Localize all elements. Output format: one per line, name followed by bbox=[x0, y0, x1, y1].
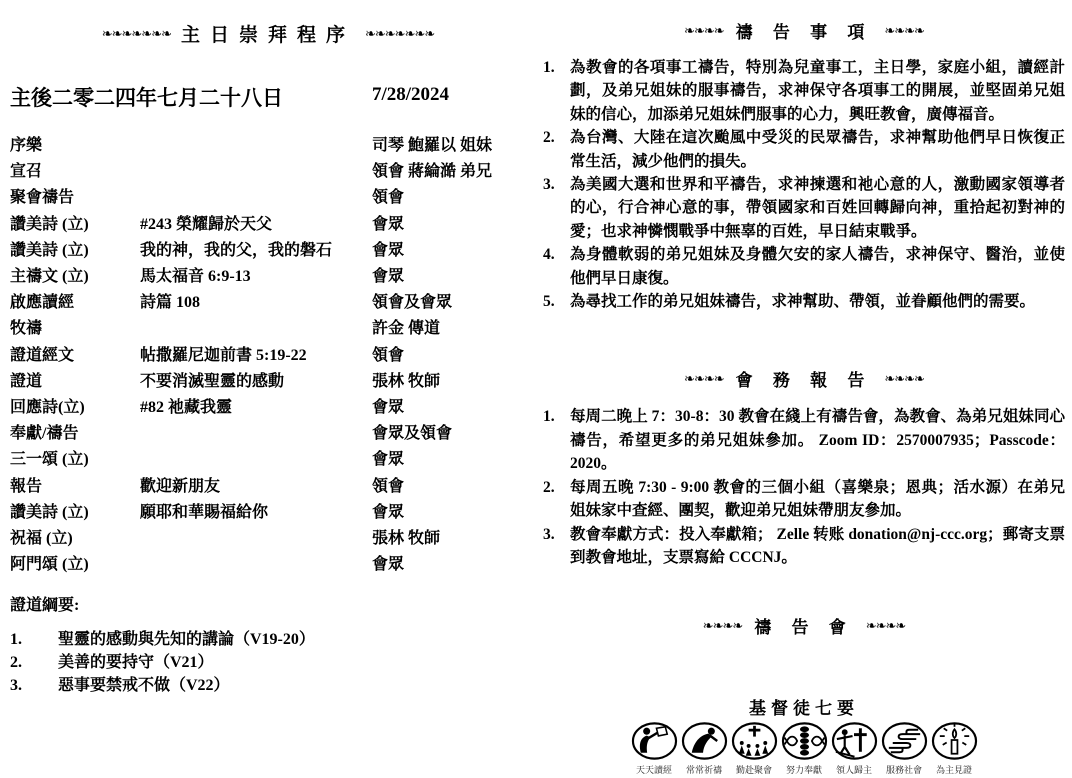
report-item-number: 1. bbox=[543, 405, 570, 475]
program-item-label: 讚美詩 (立) bbox=[10, 212, 140, 238]
report-item-number: 2. bbox=[543, 476, 570, 523]
report-item: 1. 每周二晚上 7：30-8：30 教會在綫上有禱告會，為教會、為弟兄姐妹同心… bbox=[543, 405, 1065, 475]
prayer-item: 4. 為身體軟弱的弟兄姐妹及身體欠安的家人禱告，求神保守、醫治，並使他們早日康復… bbox=[543, 243, 1065, 290]
report-item-number: 3. bbox=[543, 523, 570, 570]
program-item-label: 主禱文 (立) bbox=[10, 264, 140, 290]
worship-order-title: 主日崇拜程序 bbox=[181, 20, 355, 47]
report-item-text: 每周二晚上 7：30-8：30 教會在綫上有禱告會，為教會、為弟兄姐妹同心禱告，… bbox=[570, 405, 1065, 475]
essential-item: 常常祈禱 bbox=[681, 721, 728, 776]
program-item-label: 宣召 bbox=[10, 159, 140, 185]
program-item-detail bbox=[140, 133, 372, 159]
program-item-detail bbox=[140, 526, 372, 552]
program-item-role: 領會 bbox=[372, 474, 530, 500]
program-item-detail bbox=[140, 447, 372, 473]
cross-congregation-icon bbox=[731, 721, 778, 761]
ornament-left-icon: ❧❧❧❧ bbox=[684, 24, 724, 37]
prayer-item: 1. 為教會的各項事工禱告，特別為兒童事工，主日學，家庭小組，讀經計劃，及弟兄姐… bbox=[543, 56, 1065, 126]
program-item-label: 回應詩(立) bbox=[10, 395, 140, 421]
candle-witness-icon bbox=[931, 721, 978, 761]
prayer-items-list: 1. 為教會的各項事工禱告，特別為兒童事工，主日學，家庭小組，讀經計劃，及弟兄姐… bbox=[543, 56, 1065, 313]
essential-item: 天天讀經 bbox=[631, 721, 678, 776]
program-item-detail: 帖撒羅尼迦前書 5:19-22 bbox=[140, 343, 372, 369]
program-item-detail bbox=[140, 421, 372, 447]
program-item-role: 會眾 bbox=[372, 212, 530, 238]
seven-essentials-title: 基督徒七要 bbox=[543, 694, 1065, 719]
essential-item: 努力奉獻 bbox=[781, 721, 828, 776]
serving-hands-icon bbox=[881, 721, 928, 761]
report-item: 2. 每周五晚 7:30 - 9:00 教會的三個小組（喜樂泉；恩典；活水源）在… bbox=[543, 476, 1065, 523]
essential-label: 為主見證 bbox=[936, 763, 972, 776]
program-item-role: 會眾 bbox=[372, 552, 530, 578]
praying-person-icon bbox=[681, 721, 728, 761]
program-item-detail bbox=[140, 552, 372, 578]
ornament-left-icon: ❧❧❧❧ bbox=[703, 619, 743, 632]
essential-label: 努力奉獻 bbox=[786, 763, 822, 776]
essential-item: 為主見證 bbox=[931, 721, 978, 776]
fish-coins-offering-icon bbox=[781, 721, 828, 761]
program-item-detail: 歡迎新朋友 bbox=[140, 474, 372, 500]
program-item-role: 會眾 bbox=[372, 395, 530, 421]
report-item: 3. 教會奉獻方式：投入奉獻箱； Zelle 转账 donation@nj-cc… bbox=[543, 523, 1065, 570]
essential-item: 服務社會 bbox=[881, 721, 928, 776]
program-item-role: 領會 bbox=[372, 343, 530, 369]
ornament-left-icon: ❧❧❧❧❧❧❧ bbox=[102, 27, 171, 40]
outline-item: 3. 惡事要禁戒不做（V22） bbox=[10, 674, 490, 697]
program-item-detail bbox=[140, 316, 372, 342]
program-item-detail bbox=[140, 185, 372, 211]
church-report-list: 1. 每周二晚上 7：30-8：30 教會在綫上有禱告會，為教會、為弟兄姐妹同心… bbox=[543, 405, 1065, 569]
program-item-role: 會眾 bbox=[372, 447, 530, 473]
sermon-outline-list: 1. 聖靈的感動與先知的講論（V19-20） 2. 美善的要持守（V21） 3.… bbox=[10, 628, 490, 698]
prayer-meeting-header: ❧❧❧❧ 禱 告 會 ❧❧❧❧ bbox=[543, 613, 1065, 638]
essential-item: 領人歸主 bbox=[831, 721, 878, 776]
prayer-item-number: 4. bbox=[543, 243, 570, 290]
program-item-label: 牧禱 bbox=[10, 316, 140, 342]
prayer-items-header: ❧❧❧❧ 禱 告 事 項 ❧❧❧❧ bbox=[543, 18, 1065, 43]
program-item-detail: 願耶和華賜福給你 bbox=[140, 500, 372, 526]
program-item-role: 張林 牧師 bbox=[372, 369, 530, 395]
program-item-label: 讚美詩 (立) bbox=[10, 500, 140, 526]
program-item-label: 讚美詩 (立) bbox=[10, 238, 140, 264]
worship-order-header: ❧❧❧❧❧❧❧ 主日崇拜程序 ❧❧❧❧❧❧❧ bbox=[0, 20, 536, 47]
essential-item: 勤赴聚會 bbox=[731, 721, 778, 776]
church-report-title: 會 務 報 告 bbox=[736, 366, 873, 391]
program-item-label: 三一頌 (立) bbox=[10, 447, 140, 473]
report-item-text: 每周五晚 7:30 - 9:00 教會的三個小組（喜樂泉；恩典；活水源）在弟兄姐… bbox=[570, 476, 1065, 523]
program-item-label: 聚會禱告 bbox=[10, 185, 140, 211]
ornament-left-icon: ❧❧❧❧ bbox=[684, 372, 724, 385]
outline-item-number: 2. bbox=[10, 651, 58, 674]
program-item-label: 祝福 (立) bbox=[10, 526, 140, 552]
prayer-item-number: 2. bbox=[543, 126, 570, 173]
outline-item: 1. 聖靈的感動與先知的講論（V19-20） bbox=[10, 628, 490, 651]
essential-label: 天天讀經 bbox=[636, 763, 672, 776]
prayer-item: 2. 為台灣、大陸在這次颱風中受災的民眾禱告，求神幫助他們早日恢復正常生活，減少… bbox=[543, 126, 1065, 173]
program-item-detail: 詩篇 108 bbox=[140, 290, 372, 316]
program-item-role: 會眾及領會 bbox=[372, 421, 530, 447]
ornament-right-icon: ❧❧❧❧❧❧❧ bbox=[365, 27, 434, 40]
program-item-label: 證道 bbox=[10, 369, 140, 395]
essential-label: 勤赴聚會 bbox=[736, 763, 772, 776]
essential-label: 服務社會 bbox=[886, 763, 922, 776]
seven-essentials-block: 基督徒七要 天天讀經 bbox=[543, 694, 1065, 776]
prayer-item-number: 5. bbox=[543, 290, 570, 313]
reading-bible-icon bbox=[631, 721, 678, 761]
essential-label: 領人歸主 bbox=[836, 763, 872, 776]
program-item-role: 領會 蔣綸澔 弟兄 bbox=[372, 159, 530, 185]
program-item-label: 證道經文 bbox=[10, 343, 140, 369]
program-item-role: 會眾 bbox=[372, 500, 530, 526]
program-item-detail bbox=[140, 159, 372, 185]
outline-item-number: 3. bbox=[10, 674, 58, 697]
prayer-item-text: 為尋找工作的弟兄姐妹禱告，求神幫助、帶領，並眷顧他們的需要。 bbox=[570, 290, 1065, 313]
outline-item-text: 美善的要持守（V21） bbox=[58, 651, 490, 674]
prayer-item-number: 1. bbox=[543, 56, 570, 126]
outline-item-text: 惡事要禁戒不做（V22） bbox=[58, 674, 490, 697]
prayer-items-title: 禱 告 事 項 bbox=[736, 18, 873, 43]
prayer-meeting-title: 禱 告 會 bbox=[754, 613, 854, 638]
ornament-right-icon: ❧❧❧❧ bbox=[866, 619, 906, 632]
prayer-item-text: 為身體軟弱的弟兄姐妹及身體欠安的家人禱告，求神保守、醫治，並使他們早日康復。 bbox=[570, 243, 1065, 290]
outline-item-text: 聖靈的感動與先知的講論（V19-20） bbox=[58, 628, 490, 651]
date-chinese: 主後二零二四年七月二十八日 bbox=[10, 86, 283, 110]
program-item-detail: #243 榮耀歸於天父 bbox=[140, 212, 372, 238]
outline-item: 2. 美善的要持守（V21） bbox=[10, 651, 490, 674]
program-item-label: 奉獻/禱告 bbox=[10, 421, 140, 447]
program-item-detail: 我的神，我的父，我的磐石 bbox=[140, 238, 372, 264]
program-item-label: 阿門頌 (立) bbox=[10, 552, 140, 578]
date-numeric: 7/28/2024 bbox=[372, 84, 449, 106]
prayer-item-text: 為台灣、大陸在這次颱風中受災的民眾禱告，求神幫助他們早日恢復正常生活，減少他們的… bbox=[570, 126, 1065, 173]
program-item-label: 報告 bbox=[10, 474, 140, 500]
prayer-item-text: 為美國大選和世界和平禱告，求神揀選和祂心意的人，激動國家領導者的心，行合神心意的… bbox=[570, 173, 1065, 243]
essential-label: 常常祈禱 bbox=[686, 763, 722, 776]
program-item-detail: 馬太福音 6:9-13 bbox=[140, 264, 372, 290]
program-item-role: 張林 牧師 bbox=[372, 526, 530, 552]
program-item-label: 序樂 bbox=[10, 133, 140, 159]
program-item-detail: 不要消滅聖靈的感動 bbox=[140, 369, 372, 395]
prayer-item: 5. 為尋找工作的弟兄姐妹禱告，求神幫助、帶領，並眷顧他們的需要。 bbox=[543, 290, 1065, 313]
worship-order-section: ❧❧❧❧❧❧❧ 主日崇拜程序 ❧❧❧❧❧❧❧ 主後二零二四年七月二十八日 7/2… bbox=[0, 0, 536, 778]
program-item-detail: #82 祂藏我靈 bbox=[140, 395, 372, 421]
lead-to-cross-icon bbox=[831, 721, 878, 761]
outline-item-number: 1. bbox=[10, 628, 58, 651]
program-item-role: 領會 bbox=[372, 185, 530, 211]
ornament-right-icon: ❧❧❧❧ bbox=[884, 372, 924, 385]
sermon-outline-title: 證道綱要: bbox=[10, 592, 79, 615]
program-item-label: 啟應讀經 bbox=[10, 290, 140, 316]
date-row: 主後二零二四年七月二十八日 7/28/2024 bbox=[10, 82, 526, 112]
church-report-header: ❧❧❧❧ 會 務 報 告 ❧❧❧❧ bbox=[543, 366, 1065, 391]
bulletin-page: ❧❧❧❧❧❧❧ 主日崇拜程序 ❧❧❧❧❧❧❧ 主後二零二四年七月二十八日 7/2… bbox=[0, 0, 1072, 778]
program-table: 序樂司琴 鮑羅以 姐妹 宣召領會 蔣綸澔 弟兄 聚會禱告領會 讚美詩 (立)#2… bbox=[10, 133, 530, 578]
prayer-item-text: 為教會的各項事工禱告，特別為兒童事工，主日學，家庭小組，讀經計劃，及弟兄姐妹的服… bbox=[570, 56, 1065, 126]
announcements-section: ❧❧❧❧ 禱 告 事 項 ❧❧❧❧ 1. 為教會的各項事工禱告，特別為兒童事工，… bbox=[543, 0, 1065, 778]
program-item-role: 領會及會眾 bbox=[372, 290, 530, 316]
prayer-item-number: 3. bbox=[543, 173, 570, 243]
prayer-item: 3. 為美國大選和世界和平禱告，求神揀選和祂心意的人，激動國家領導者的心，行合神… bbox=[543, 173, 1065, 243]
report-item-text: 教會奉獻方式：投入奉獻箱； Zelle 转账 donation@nj-ccc.o… bbox=[570, 523, 1065, 570]
ornament-right-icon: ❧❧❧❧ bbox=[884, 24, 924, 37]
program-item-role: 會眾 bbox=[372, 264, 530, 290]
program-item-role: 司琴 鮑羅以 姐妹 bbox=[372, 133, 530, 159]
program-item-role: 會眾 bbox=[372, 238, 530, 264]
seven-essentials-icons: 天天讀經 常常祈禱 bbox=[543, 721, 1065, 776]
program-item-role: 許金 傳道 bbox=[372, 316, 530, 342]
